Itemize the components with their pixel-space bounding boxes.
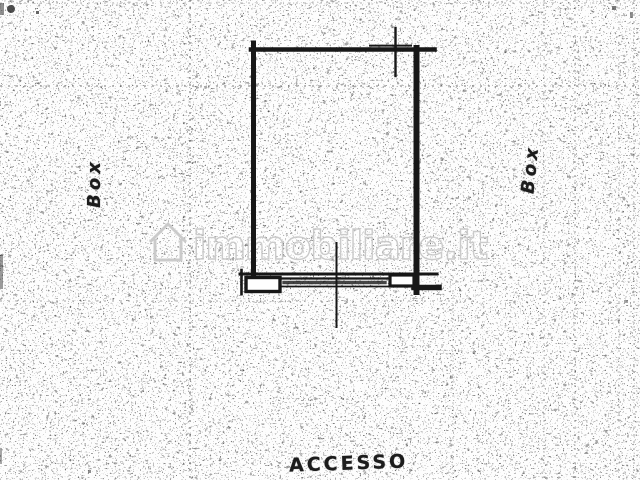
scan-speck: [0, 448, 2, 464]
scan-speck: [630, 12, 633, 18]
scan-speck: [36, 11, 39, 14]
scan-speck: [0, 255, 3, 289]
floorplan-drawing: [0, 0, 640, 480]
box-left-label: Box: [78, 151, 112, 215]
box-right-label: Box: [511, 135, 552, 202]
scan-speck: [0, 3, 4, 15]
scan-speck: [624, 300, 628, 303]
scan-speck: [612, 6, 616, 10]
scan-speck: [88, 470, 91, 473]
scanned-floorplan-page: immobiliare.it Box Box ACCESSO: [0, 0, 640, 480]
scan-speck: [7, 5, 15, 13]
pier-left: [246, 278, 280, 292]
pier-right: [390, 275, 414, 286]
